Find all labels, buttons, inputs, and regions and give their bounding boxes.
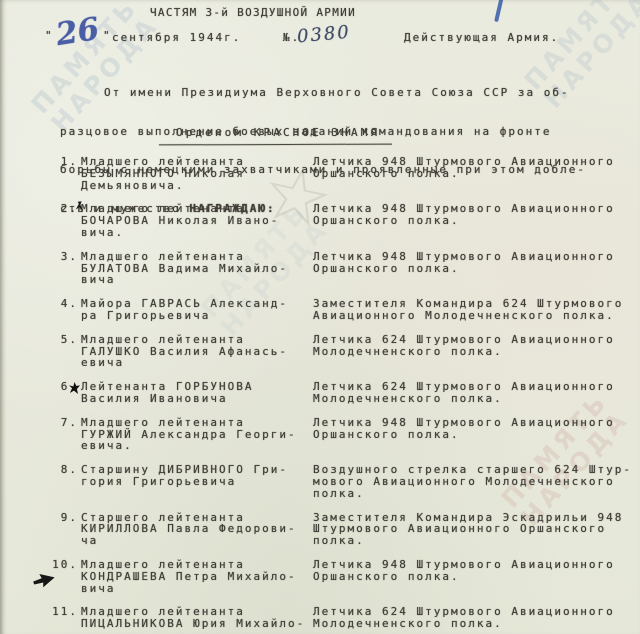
award-position: Летчика 624 Штурмового Авиационного Моло… xyxy=(313,334,615,369)
award-position: Летчика 948 Штурмового Авиационного Орша… xyxy=(313,559,615,594)
preamble-line-1: От имени Президиума Верховного Совета Со… xyxy=(60,87,586,100)
award-number: 1. xyxy=(52,156,78,191)
handwritten-order-number: 0380 xyxy=(296,22,351,48)
document-title: ЧАСТЯМ 3-й ВОЗДУШНОЙ АРМИИ xyxy=(150,7,356,20)
award-recipient: Младшего лейтенанта БЕЗЫМЯННОГО Николая … xyxy=(81,156,313,191)
date-quote-close: " xyxy=(103,30,112,43)
award-row-9: 9. Старшего лейтенанта КИРИЛЛОВА Павла Ф… xyxy=(52,512,640,547)
award-position: Воздушного стрелка старшего 624 Штур- мо… xyxy=(313,464,632,499)
award-recipient: Младшего лейтенанта ГАЛУШКО Василия Афан… xyxy=(81,334,313,369)
blue-pen-stroke-mark xyxy=(494,0,503,22)
document-scan-page: ПАМЯТЬ НАРОДА ПАМЯТЬ НАРОДА ПАМЯТЬ НАРОД… xyxy=(0,0,640,634)
award-position: Летчика 948 Штурмового Авиационного Орша… xyxy=(313,417,615,452)
award-position: Заместителя Командира Эскадрильи 948 Шту… xyxy=(313,512,623,547)
award-recipient: Младшего лейтенанта БУЛАТОВА Вадима Миха… xyxy=(81,251,313,286)
handwritten-day: 26 xyxy=(53,11,101,53)
award-number: 4. xyxy=(52,298,78,322)
award-row-8: 8. Старшину ДИБРИВНОГО Гри- гория Григор… xyxy=(52,464,640,499)
date-month-year: сентября 1944г. xyxy=(112,32,241,45)
award-row-2: 2. Младшего лейтенанта БОЧАРОВА Николая … xyxy=(52,203,640,238)
award-position: Летчика 948 Штурмового Авиационного Орша… xyxy=(313,251,615,286)
award-number: 3. xyxy=(52,251,78,286)
award-number: 7. xyxy=(52,417,78,452)
date-quote-open: " xyxy=(45,30,54,43)
award-recipient: Лейтенанта ГОРБУНОВА Василия Ивановича xyxy=(81,381,313,405)
award-recipient: Младшего лейтенанта КОНДРАШЕВА Петра Мих… xyxy=(81,559,313,594)
award-position: Летчика 948 Штурмового Авиационного Орша… xyxy=(313,203,615,238)
award-number: 2. xyxy=(52,203,78,238)
section-title-order-red-banner: Орденом КРАСНОЕ ЗНАМЯ xyxy=(176,127,380,140)
award-row-3: 3. Младшего лейтенанта БУЛАТОВА Вадима М… xyxy=(52,251,640,286)
award-position: Летчика 948 Штурмового Авиационного Орша… xyxy=(313,156,615,191)
award-row-1: 1. Младшего лейтенанта БЕЗЫМЯННОГО Никол… xyxy=(52,156,640,191)
award-recipient: Младшего лейтенанта БОЧАРОВА Николая Ива… xyxy=(81,203,313,238)
award-number: 9. xyxy=(52,512,78,547)
award-position: Заместителя Командира 624 Штурмового Ави… xyxy=(313,298,623,322)
award-row-4: 4. Майора ГАВРАСЬ Александ- ра Григорьев… xyxy=(52,298,640,322)
award-row-7: 7. Младшего лейтенанта ГУРЖИЙ Александра… xyxy=(52,417,640,452)
award-position: Летчика 624 Штурмового Авиационного Моло… xyxy=(313,606,615,630)
award-number: 10. xyxy=(52,559,78,594)
award-row-10: 10. Младшего лейтенанта КОНДРАШЕВА Петра… xyxy=(52,559,640,594)
award-number: 5. xyxy=(52,334,78,369)
award-recipient: Младшего лейтенанта ПИЦАЛЬНИКОВА Юрия Ми… xyxy=(81,606,313,630)
award-row-6: 6. Лейтенанта ГОРБУНОВА Василия Иванович… xyxy=(52,381,640,405)
award-recipient: Старшину ДИБРИВНОГО Гри- гория Григорьев… xyxy=(81,464,313,499)
award-recipient-list: 1. Младшего лейтенанта БЕЗЫМЯННОГО Никол… xyxy=(0,156,640,634)
award-position: Летчика 624 Штурмового Авиационного Моло… xyxy=(313,381,615,405)
award-recipient: Старшего лейтенанта КИРИЛЛОВА Павла Федо… xyxy=(81,512,313,547)
award-row-5: 5. Младшего лейтенанта ГАЛУШКО Василия А… xyxy=(52,334,640,369)
award-recipient: Младшего лейтенанта ГУРЖИЙ Александра Ге… xyxy=(81,417,313,452)
award-number: 8. xyxy=(52,464,78,499)
award-number: 11. xyxy=(52,606,78,630)
army-status-note: Действующая Армия. xyxy=(404,32,559,45)
award-recipient: Майора ГАВРАСЬ Александ- ра Григорьевича xyxy=(81,298,313,322)
award-row-11: 11. Младшего лейтенанта ПИЦАЛЬНИКОВА Юри… xyxy=(52,606,640,630)
